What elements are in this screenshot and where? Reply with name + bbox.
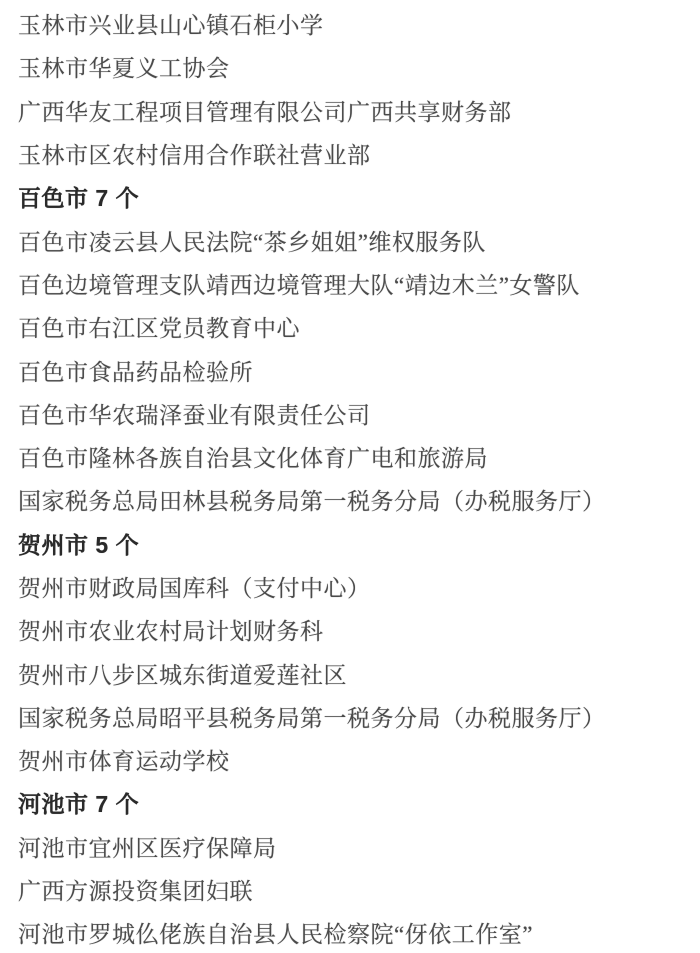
list-item: 百色市隆林各族自治县文化体育广电和旅游局 <box>18 435 684 478</box>
list-item: 玉林市兴业县山心镇石柜小学 <box>18 2 684 45</box>
list-item: 百色市华农瑞泽蚕业有限责任公司 <box>18 392 684 435</box>
list-item: 玉林市华夏义工协会 <box>18 45 684 88</box>
list-item: 广西方源投资集团妇联 <box>18 868 684 911</box>
list-item: 贺州市八步区城东街道爱莲社区 <box>18 651 684 694</box>
list-item: 河池市罗城仫佬族自治县人民检察院“伢依工作室” <box>18 911 684 953</box>
list-item: 贺州市体育运动学校 <box>18 738 684 781</box>
list-item: 百色市右江区党员教育中心 <box>18 305 684 348</box>
list-item: 贺州市农业农村局计划财务科 <box>18 608 684 651</box>
list-item: 贺州市财政局国库科（支付中心） <box>18 565 684 608</box>
document-page: 玉林市兴业县山心镇石柜小学 玉林市华夏义工协会 广西华友工程项目管理有限公司广西… <box>0 0 700 953</box>
section-header: 百色市 7 个 <box>18 175 684 218</box>
list-item: 国家税务总局田林县税务局第一税务分局（办税服务厅） <box>18 478 684 521</box>
list-item: 国家税务总局昭平县税务局第一税务分局（办税服务厅） <box>18 695 684 738</box>
list-item: 河池市宜州区医疗保障局 <box>18 825 684 868</box>
list-item: 广西华友工程项目管理有限公司广西共享财务部 <box>18 89 684 132</box>
list-item: 百色市凌云县人民法院“茶乡姐姐”维权服务队 <box>18 218 684 261</box>
list-item: 百色市食品药品检验所 <box>18 348 684 391</box>
section-header: 河池市 7 个 <box>18 781 684 824</box>
list-item: 百色边境管理支队靖西边境管理大队“靖边木兰”女警队 <box>18 262 684 305</box>
list-item: 玉林市区农村信用合作联社营业部 <box>18 132 684 175</box>
section-header: 贺州市 5 个 <box>18 522 684 565</box>
